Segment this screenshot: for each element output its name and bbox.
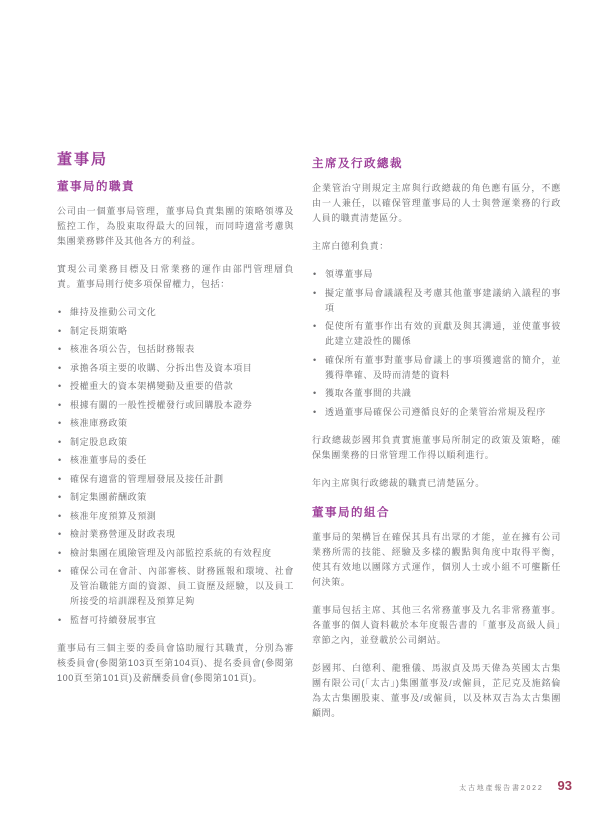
chairman-ceo-paragraph-1: 企業管治守則規定主席與行政總裁的角色應有區分，不應由一人兼任，以確保管理董事局的…: [312, 181, 561, 226]
chairman-responsibilities-intro: 主席白德利負責：: [312, 239, 561, 254]
bullet-item: 領導董事局: [312, 267, 561, 282]
bullet-item: 獲取各董事間的共識: [312, 386, 561, 401]
bullet-item: 承擔各項主要的收購、分拆出售及資本項目: [57, 361, 294, 376]
board-committees-paragraph: 董事局有三個主要的委員會協助履行其職責，分別為審核委員會(參閱第103頁至第10…: [57, 641, 294, 686]
chairman-responsibilities-bullet-list: 領導董事局擬定董事局會議議程及考慮其他董事建議納入議程的事項促使所有董事作出有效…: [312, 267, 561, 420]
board-duties-paragraph-2: 實現公司業務目標及日常業務的運作由部門管理層負責。董事局則行使多項保留權力，包括…: [57, 262, 294, 292]
bullet-item: 檢討業務營運及財政表現: [57, 527, 294, 542]
footer-report-title: 太古地產報告書2022: [459, 783, 543, 793]
bullet-item: 核准各項公告，包括財務報表: [57, 342, 294, 357]
bullet-item: 促使所有董事作出有效的貢獻及與其溝通，並使董事彼此建立建設性的關係: [312, 319, 561, 349]
left-column: 董事局 董事局的職責 公司由一個董事局管理，董事局負責集團的策略領導及監控工作，…: [57, 148, 294, 699]
bullet-item: 透過董事局確保公司遵循良好的企業管治常規及程序: [312, 405, 561, 420]
bullet-item: 監督可持續發展事宜: [57, 613, 294, 628]
ceo-responsibilities-paragraph: 行政總裁彭國邦負責實施董事局所制定的政策及策略，確保集團業務的日常管理工作得以順…: [312, 433, 561, 463]
board-composition-paragraph-3: 彭國邦、白德利、龍雅儀、馬淑貞及馬天偉為英國太古集團有限公司(「太古」)集團董事…: [312, 661, 561, 721]
bullet-item: 制定長期策略: [57, 324, 294, 339]
bullet-item: 檢討集團在風險管理及內部監控系統的有效程度: [57, 546, 294, 561]
bullet-item: 確保公司在會計、內部審核、財務匯報和環境、社會及管治職能方面的資源、員工資歷及經…: [57, 564, 294, 609]
bullet-item: 維持及推動公司文化: [57, 305, 294, 320]
page-footer: 太古地產報告書2022 93: [459, 778, 572, 793]
page-title: 董事局: [57, 148, 294, 169]
board-duties-paragraph-1: 公司由一個董事局管理，董事局負責集團的策略領導及監控工作，為股東取得最大的回報，…: [57, 204, 294, 249]
bullet-item: 授權重大的資本架構變動及重要的借款: [57, 379, 294, 394]
bullet-item: 制定集團薪酬政策: [57, 490, 294, 505]
board-composition-paragraph-2: 董事局包括主席、其他三名常務董事及九名非常務董事。各董事的個人資料載於本年度報告…: [312, 603, 561, 648]
bullet-item: 確保有適當的管理層發展及接任計劃: [57, 472, 294, 487]
section-heading-board-duties: 董事局的職責: [57, 178, 294, 194]
bullet-item: 核准庫務政策: [57, 416, 294, 431]
bullet-item: 核准年度預算及預測: [57, 509, 294, 524]
bullet-item: 確保所有董事對董事局會議上的事項獲適當的簡介，並獲得準確、及時而清楚的資料: [312, 353, 561, 383]
role-separation-paragraph: 年內主席與行政總裁的職責已清楚區分。: [312, 476, 561, 491]
section-heading-board-composition: 董事局的組合: [312, 504, 561, 520]
board-duties-bullet-list: 維持及推動公司文化制定長期策略核准各項公告，包括財務報表承擔各項主要的收購、分拆…: [57, 305, 294, 628]
right-column: 主席及行政總裁 企業管治守則規定主席與行政總裁的角色應有區分，不應由一人兼任，以…: [312, 155, 561, 734]
footer-page-number: 93: [558, 778, 572, 793]
bullet-item: 擬定董事局會議議程及考慮其他董事建議納入議程的事項: [312, 286, 561, 316]
section-heading-chairman-ceo: 主席及行政總裁: [312, 155, 561, 171]
bullet-item: 制定股息政策: [57, 435, 294, 450]
bullet-item: 核准董事局的委任: [57, 453, 294, 468]
board-composition-paragraph-1: 董事局的架構旨在確保其具有出眾的才能，並在擁有公司業務所需的技能、經驗及多樣的觀…: [312, 530, 561, 590]
document-page: 董事局 董事局的職責 公司由一個董事局管理，董事局負責集團的策略領導及監控工作，…: [0, 0, 600, 814]
bullet-item: 根據有關的一般性授權發行或回購股本證券: [57, 398, 294, 413]
